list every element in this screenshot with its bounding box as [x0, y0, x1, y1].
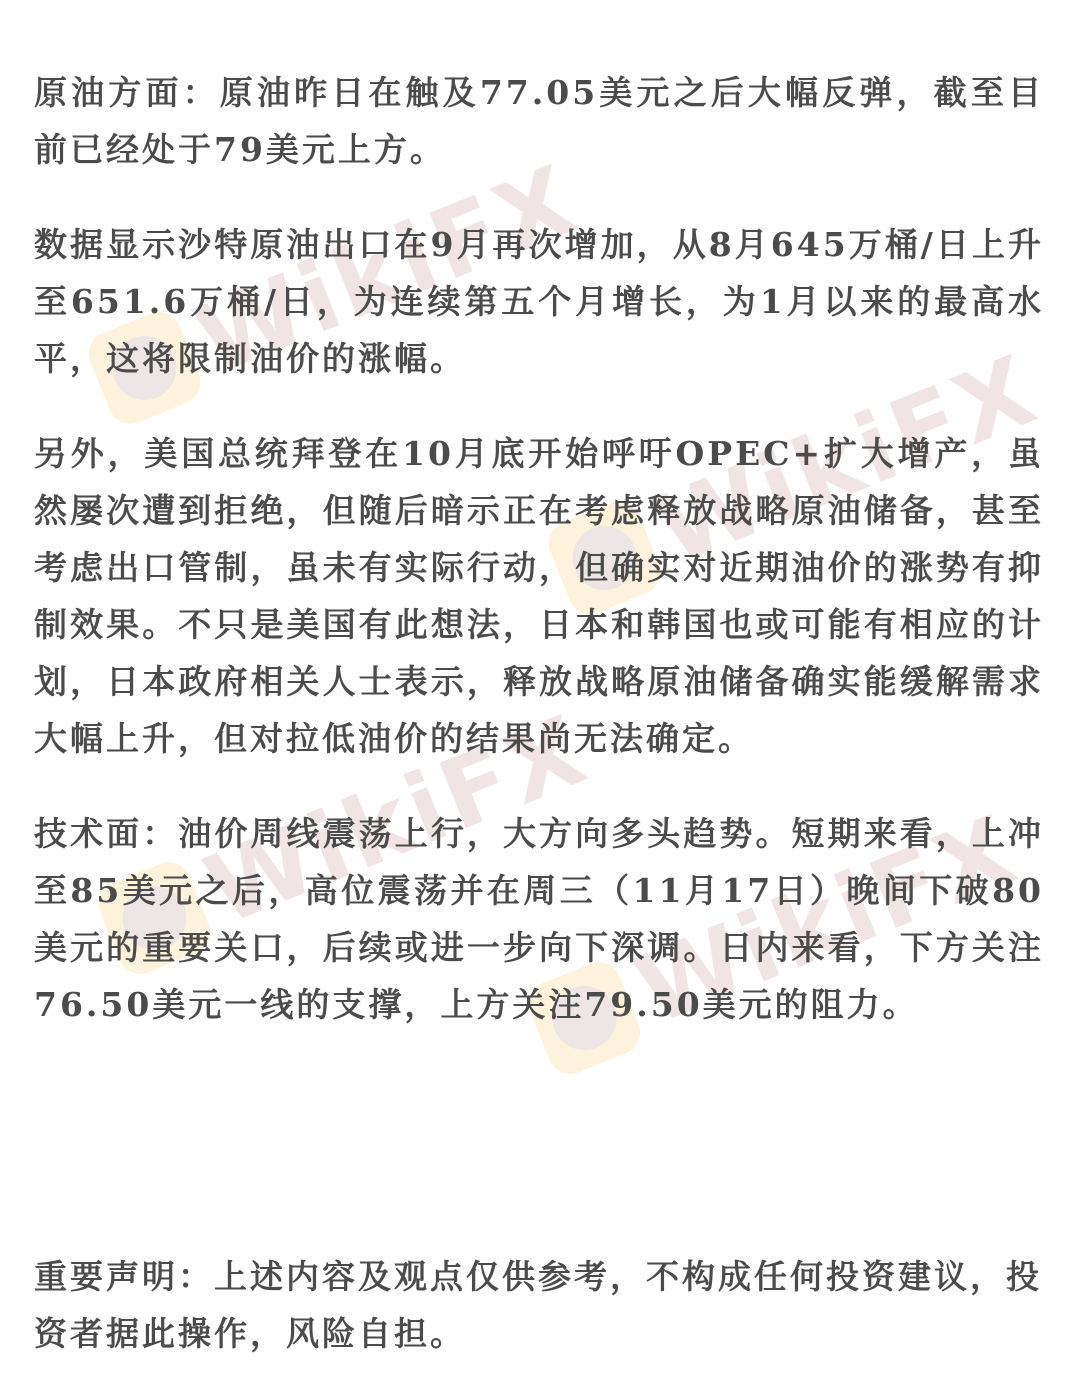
paragraph-crude-oil-overview: 原油方面：原油昨日在触及77.05美元之后大幅反弹，截至目前已经处于79美元上方…: [34, 64, 1044, 178]
disclaimer: 重要声明：上述内容及观点仅供参考，不构成任何投资建议，投资者据此操作，风险自担。: [34, 1248, 1044, 1362]
paragraph-us-policy: 另外，美国总统拜登在10月底开始呼吁OPEC+扩大增产，虽然屡次遭到拒绝，但随后…: [34, 425, 1044, 767]
paragraph-technical-analysis: 技术面：油价周线震荡上行，大方向多头趋势。短期来看，上冲至85美元之后，高位震荡…: [34, 805, 1044, 1033]
paragraph-saudi-exports: 数据显示沙特原油出口在9月再次增加，从8月645万桶/日上升至651.6万桶/日…: [34, 216, 1044, 387]
article-body: 原油方面：原油昨日在触及77.05美元之后大幅反弹，截至目前已经处于79美元上方…: [34, 64, 1044, 1033]
